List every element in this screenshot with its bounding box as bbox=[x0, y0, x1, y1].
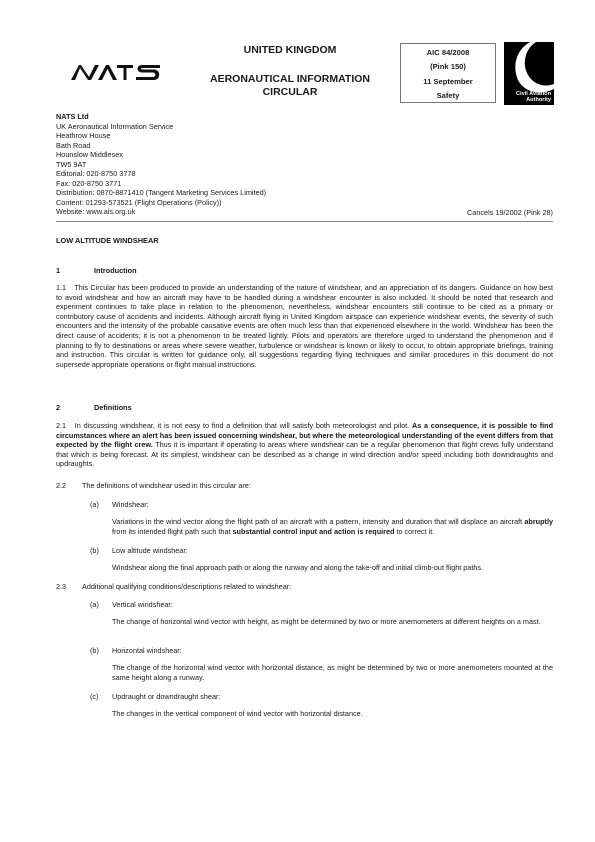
caa-line1: Civil Aviation bbox=[516, 91, 551, 97]
address-line: Bath Road bbox=[56, 141, 266, 151]
section-heading-definitions: 2Definitions bbox=[56, 403, 132, 412]
paragraph-1-1: 1.1 This Circular has been produced to p… bbox=[56, 283, 553, 369]
content-phone: Content: 01293-573521 (Flight Operations… bbox=[56, 198, 266, 208]
address-line: Hounslow Middlesex bbox=[56, 150, 266, 160]
country-title: UNITED KINGDOM bbox=[190, 44, 390, 57]
fax-number: Fax: 020-8750 3771 bbox=[56, 179, 266, 189]
org-name: NATS Ltd bbox=[56, 112, 266, 122]
definition-a-label: (a)Windshear: bbox=[90, 500, 149, 509]
editorial-phone: Editorial: 020-8750 3778 bbox=[56, 169, 266, 179]
nats-logo bbox=[70, 63, 162, 81]
divider bbox=[56, 221, 553, 222]
paragraph-2-3-intro: 2.3Additional qualifying conditions/desc… bbox=[56, 582, 291, 591]
doc-type-line1: AERONAUTICAL INFORMATION bbox=[190, 73, 390, 86]
paragraph-2-1: 2.1 In discussing windshear, it is not e… bbox=[56, 421, 553, 469]
qualifier-c-text: The changes in the vertical component of… bbox=[112, 709, 553, 719]
qualifier-a-text: The change of horizontal wind vector wit… bbox=[112, 617, 553, 627]
definition-b-text: Windshear along the final approach path … bbox=[112, 563, 553, 573]
header-titles: UNITED KINGDOM AERONAUTICAL INFORMATION … bbox=[190, 44, 390, 99]
address-block: NATS Ltd UK Aeronautical Information Ser… bbox=[56, 112, 266, 217]
doc-type-line2: CIRCULAR bbox=[190, 86, 390, 99]
address-line: TW5 9AT bbox=[56, 160, 266, 170]
website-link[interactable]: Website: www.ais.org.uk bbox=[56, 207, 266, 217]
aic-number: AIC 84/2008 bbox=[401, 46, 495, 60]
address-line: UK Aeronautical Information Service bbox=[56, 122, 266, 132]
caa-line2: Authority bbox=[516, 97, 551, 103]
paragraph-2-2-intro: 2.2The definitions of windshear used in … bbox=[56, 481, 251, 490]
aic-colour-ref: (Pink 150) bbox=[401, 60, 495, 74]
definition-b-label: (b)Low altitude windshear: bbox=[90, 546, 188, 555]
aic-reference-box: AIC 84/2008 (Pink 150) 11 September Safe… bbox=[400, 43, 496, 103]
definition-a-text: Variations in the wind vector along the … bbox=[112, 517, 553, 536]
section-heading-introduction: 1Introduction bbox=[56, 266, 137, 275]
document-title: LOW ALTITUDE WINDSHEAR bbox=[56, 236, 159, 245]
qualifier-b-text: The change of the horizontal wind vector… bbox=[112, 663, 553, 682]
qualifier-c-label: (c)Updraught or downdraught shear: bbox=[90, 692, 220, 701]
address-line: Heathrow House bbox=[56, 131, 266, 141]
qualifier-a-label: (a)Vertical windshear: bbox=[90, 600, 173, 609]
distribution-phone: Distribution: 0870-8871410 (Tangent Mark… bbox=[56, 188, 266, 198]
caa-logo: Civil Aviation Authority bbox=[504, 42, 554, 105]
cancels-note: Cancels 19/2002 (Pink 28) bbox=[467, 208, 553, 217]
qualifier-b-label: (b)Horizontal windshear: bbox=[90, 646, 182, 655]
aic-date: 11 September bbox=[401, 75, 495, 89]
aic-category: Safety bbox=[401, 89, 495, 103]
